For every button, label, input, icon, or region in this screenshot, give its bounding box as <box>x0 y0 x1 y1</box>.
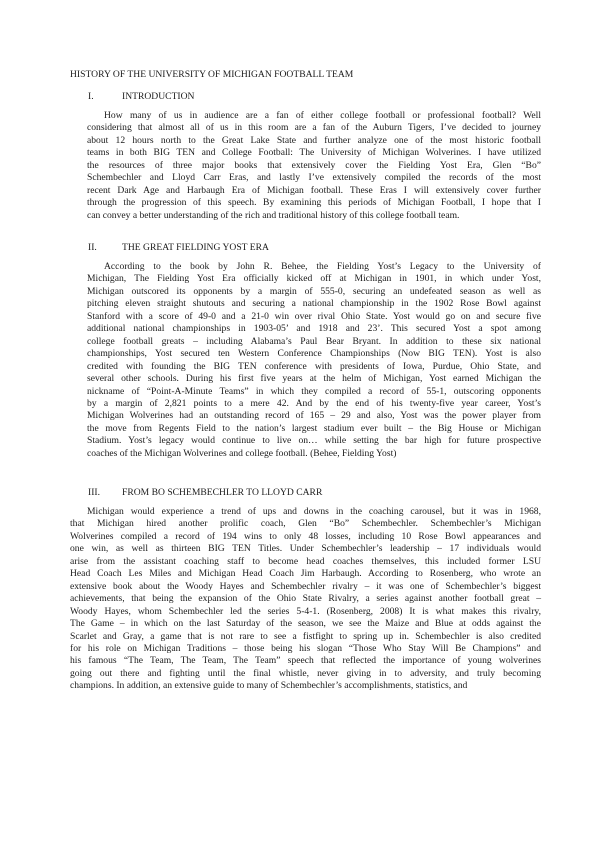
text-line: the resources of three major books that … <box>87 160 541 172</box>
section-heading-yost-era: II.THE GREAT FIELDING YOST ERA <box>88 242 269 254</box>
text-line: According to the book by John R. Behee, … <box>87 261 541 273</box>
text-line: considering that almost all of us in thi… <box>87 122 541 134</box>
text-line: arise from the assistant coaching staff … <box>70 556 541 568</box>
section-heading-schembechler-carr: III.FROM BO SCHEMBECHLER TO LLOYD CARR <box>88 487 322 499</box>
text-line: his famous “The Team, The Team, The Team… <box>70 655 541 667</box>
text-line: teams in both BIG TEN and College Footba… <box>87 147 541 159</box>
text-line: Michigan, The Fielding Yost Era official… <box>87 273 541 285</box>
text-line: by a margin of 2,821 points to a mere 42… <box>87 398 541 410</box>
text-line: championships, Yost secured ten Western … <box>87 348 541 360</box>
text-line: college football greats – including Alab… <box>87 336 541 348</box>
section-numeral: III. <box>88 487 122 499</box>
text-line: How many of us in audience are a fan of … <box>87 110 541 122</box>
text-line: Stanford with a score of 49-0 and a 21-0… <box>87 311 541 323</box>
text-line: Schembechler and Lloyd Carr Eras, and la… <box>87 172 541 184</box>
text-line: Stadium. Yost’s legacy would continue to… <box>87 435 541 447</box>
document-page: HISTORY OF THE UNIVERSITY OF MICHIGAN FO… <box>0 0 595 842</box>
paragraph-yost-era: According to the book by John R. Behee, … <box>87 261 541 460</box>
text-line: going out there and fighting until the f… <box>70 668 541 680</box>
text-line: Woody Hayes, whom Schembechler led the s… <box>70 606 541 618</box>
section-heading-introduction: I.INTRODUCTION <box>88 91 194 103</box>
text-line: The Game – in which on the last Saturday… <box>70 618 541 630</box>
section-heading-text: INTRODUCTION <box>122 91 194 102</box>
text-line: for his role on Michigan Traditions – th… <box>70 643 541 655</box>
text-line: champions. In addition, an extensive gui… <box>70 680 541 692</box>
text-line: Scarlet and Gray, a game that is not rar… <box>70 631 541 643</box>
text-line: can convey a better understanding of the… <box>87 210 541 222</box>
text-line: about 12 hours north to the Great Lake S… <box>87 135 541 147</box>
text-line: extensive book about the Woody Hayes and… <box>70 581 541 593</box>
text-line: coaches of the Michigan Wolverines and c… <box>87 448 541 460</box>
paragraph-introduction: How many of us in audience are a fan of … <box>87 110 541 222</box>
text-line: the move from Regents Field to the natio… <box>87 423 541 435</box>
text-line: Michigan outscored its opponents by a ma… <box>87 286 541 298</box>
text-line: through the progression of this speech. … <box>87 197 541 209</box>
text-line: one win, as well as thirteen BIG TEN Tit… <box>70 543 541 555</box>
text-line: nickname of “Point-A-Minute Teams” in wh… <box>87 386 541 398</box>
text-line: Wolverines compiled a record of 194 wins… <box>70 531 541 543</box>
text-line: Michigan would experience a trend of ups… <box>70 506 541 518</box>
text-line: additional national championships in 190… <box>87 323 541 335</box>
section-numeral: I. <box>88 91 122 103</box>
document-title: HISTORY OF THE UNIVERSITY OF MICHIGAN FO… <box>70 69 353 81</box>
text-line: that Michigan hired another prolific coa… <box>70 518 541 530</box>
text-line: achievements, that being the expansion o… <box>70 593 541 605</box>
paragraph-schembechler-carr: Michigan would experience a trend of ups… <box>70 506 541 693</box>
section-numeral: II. <box>88 242 122 254</box>
section-heading-text: THE GREAT FIELDING YOST ERA <box>122 242 269 253</box>
text-line: pitching eleven straight shutouts and se… <box>87 298 541 310</box>
text-line: several other schools. During his first … <box>87 373 541 385</box>
text-line: recent Dark Age and Harbaugh Era of Mich… <box>87 185 541 197</box>
text-line: credited with founding the BIG TEN confe… <box>87 361 541 373</box>
text-line: Head Coach Les Miles and Michigan Head C… <box>70 568 541 580</box>
section-heading-text: FROM BO SCHEMBECHLER TO LLOYD CARR <box>122 487 322 498</box>
text-line: Michigan Wolverines had an outstanding r… <box>87 410 541 422</box>
